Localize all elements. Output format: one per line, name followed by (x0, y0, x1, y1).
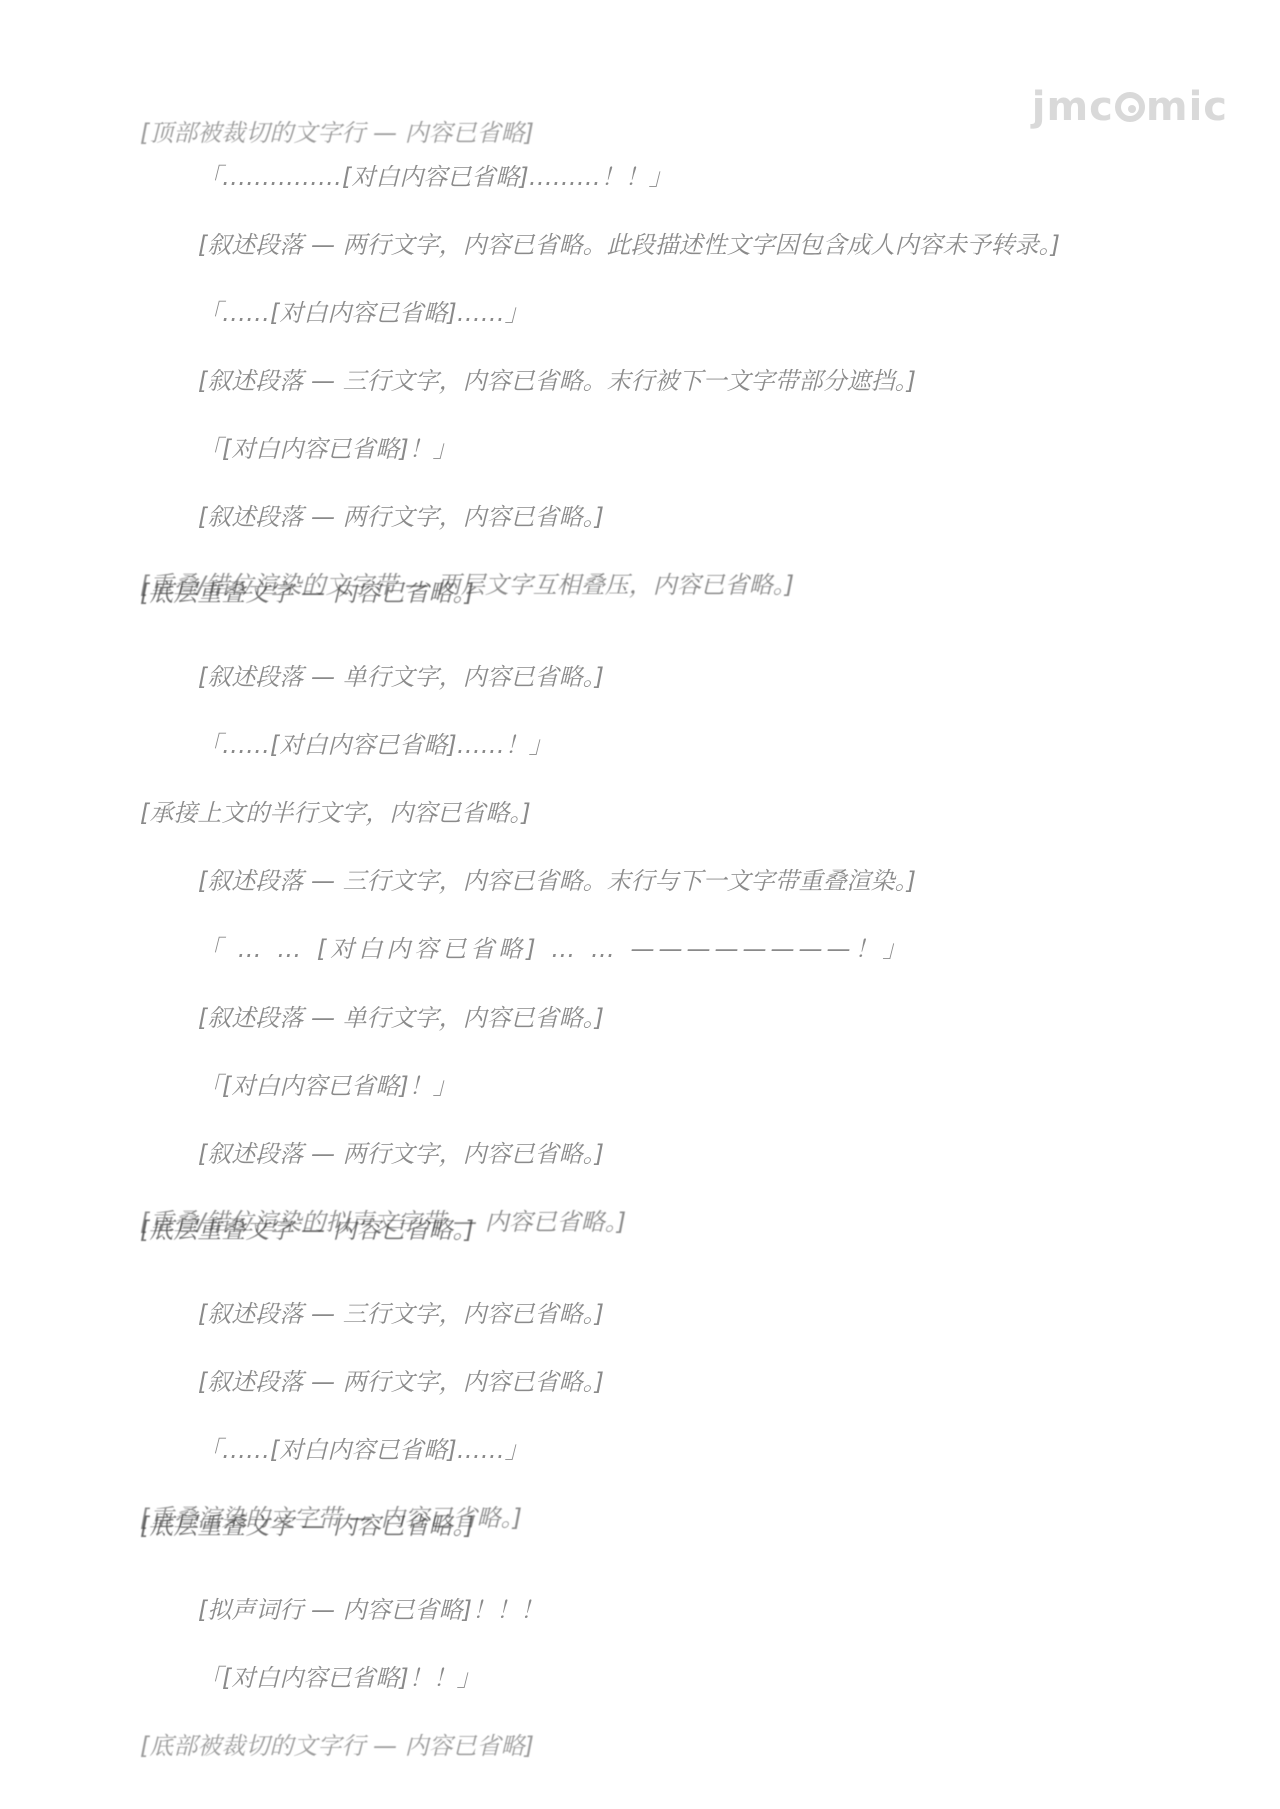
paragraph-narrative-noindent: [承接上文的半行文字，内容已省略。] (140, 790, 1140, 832)
paragraph-glitch: [重叠/错位渲染的拟声文字带 — 内容已省略。][底层重叠文字 — 内容已省略。… (140, 1199, 1140, 1265)
paragraph-dialogue: 「……[对白内容已省略]……」 (140, 1427, 1140, 1469)
paragraph-text: [叙述段落 — 两行文字，内容已省略。] (198, 503, 604, 531)
paragraph-narrative: [叙述段落 — 单行文字，内容已省略。] (140, 995, 1140, 1037)
paragraph-clipped-bottom: [底部被裁切的文字行 — 内容已省略] (140, 1723, 1140, 1757)
paragraph-narrative: [叙述段落 — 两行文字，内容已省略。] (140, 494, 1140, 536)
paragraph-text: 「[对白内容已省略]！！」 (198, 1664, 481, 1692)
paragraph-dialogue: [拟声词行 — 内容已省略]！！！ (140, 1587, 1140, 1629)
paragraph-text: [叙述段落 — 两行文字，内容已省略。] (198, 1368, 604, 1396)
paragraph-overlap-text: [底层重叠文字 — 内容已省略。] (140, 1213, 1140, 1248)
paragraph-dialogue: 「……………[对白内容已省略]………！！」 (140, 154, 1140, 196)
paragraph-overlap-text: [底层重叠文字 — 内容已省略。] (140, 576, 1140, 611)
paragraph-text: [承接上文的半行文字，内容已省略。] (140, 799, 531, 827)
paragraph-dialogue-spaced: 「 … … [对白内容已省略] … … ————————！」 (140, 926, 1140, 968)
paragraph-narrative: [叙述段落 — 两行文字，内容已省略。此段描述性文字因包含成人内容未予转录。] (140, 222, 1140, 264)
paragraph-dialogue: 「……[对白内容已省略]……！」 (140, 722, 1140, 764)
paragraph-text: 「 … … [对白内容已省略] … … ————————！」 (198, 935, 911, 963)
paragraph-text: 「……[对白内容已省略]……」 (198, 1436, 529, 1464)
paragraph-text: [叙述段落 — 单行文字，内容已省略。] (198, 1004, 604, 1032)
paragraph-text: [底部被裁切的文字行 — 内容已省略] (140, 1732, 534, 1757)
paragraph-narrative: [叙述段落 — 两行文字，内容已省略。] (140, 1131, 1140, 1173)
paragraph-text: [顶部被裁切的文字行 — 内容已省略] (140, 119, 534, 144)
paragraph-glitch: [重叠渲染的文字带 — 内容已省略。][底层重叠文字 — 内容已省略。] (140, 1495, 1140, 1561)
paragraph-text: [拟声词行 — 内容已省略]！！！ (198, 1596, 544, 1624)
watermark-text-right: mic (1146, 84, 1228, 130)
paragraph-text: [叙述段落 — 单行文字，内容已省略。] (198, 663, 604, 691)
paragraph-glitch: [重叠/错位渲染的文字带 — 两层文字互相叠压，内容已省略。][底层重叠文字 —… (140, 562, 1140, 628)
paragraph-narrative: [叙述段落 — 单行文字，内容已省略。] (140, 654, 1140, 696)
document-page: jmc mic [顶部被裁切的文字行 — 内容已省略]「……………[对白内容已省… (0, 0, 1280, 1809)
paragraph-text: 「[对白内容已省略]！」 (198, 435, 457, 463)
paragraph-text: 「……[对白内容已省略]……」 (198, 299, 529, 327)
paragraph-text: 「[对白内容已省略]！」 (198, 1072, 457, 1100)
paragraph-narrative: [叙述段落 — 三行文字，内容已省略。] (140, 1291, 1140, 1333)
paragraph-dialogue: 「[对白内容已省略]！」 (140, 426, 1140, 468)
paragraph-dialogue: 「[对白内容已省略]！！」 (140, 1655, 1140, 1697)
paragraph-text: [叙述段落 — 两行文字，内容已省略。] (198, 1140, 604, 1168)
paragraph-text: [叙述段落 — 三行文字，内容已省略。] (198, 1300, 604, 1328)
paragraph-narrative: [叙述段落 — 两行文字，内容已省略。] (140, 1359, 1140, 1401)
text-body: [顶部被裁切的文字行 — 内容已省略]「……………[对白内容已省略]………！！」… (140, 110, 1140, 1767)
paragraph-dialogue: 「……[对白内容已省略]……」 (140, 290, 1140, 332)
paragraph-text: [叙述段落 — 三行文字，内容已省略。末行与下一文字带重叠渲染。] (198, 867, 916, 895)
paragraph-text: [叙述段落 — 三行文字，内容已省略。末行被下一文字带部分遮挡。] (198, 367, 916, 395)
paragraph-overlap-text: [底层重叠文字 — 内容已省略。] (140, 1509, 1140, 1544)
paragraph-narrative: [叙述段落 — 三行文字，内容已省略。末行被下一文字带部分遮挡。] (140, 358, 1140, 400)
paragraph-clipped-top: [顶部被裁切的文字行 — 内容已省略] (140, 110, 1140, 144)
paragraph-text: 「……[对白内容已省略]……！」 (198, 731, 553, 759)
paragraph-narrative: [叙述段落 — 三行文字，内容已省略。末行与下一文字带重叠渲染。] (140, 858, 1140, 900)
paragraph-text: [叙述段落 — 两行文字，内容已省略。此段描述性文字因包含成人内容未予转录。] (198, 231, 1060, 259)
paragraph-dialogue: 「[对白内容已省略]！」 (140, 1063, 1140, 1105)
paragraph-text: 「……………[对白内容已省略]………！！」 (198, 163, 673, 191)
